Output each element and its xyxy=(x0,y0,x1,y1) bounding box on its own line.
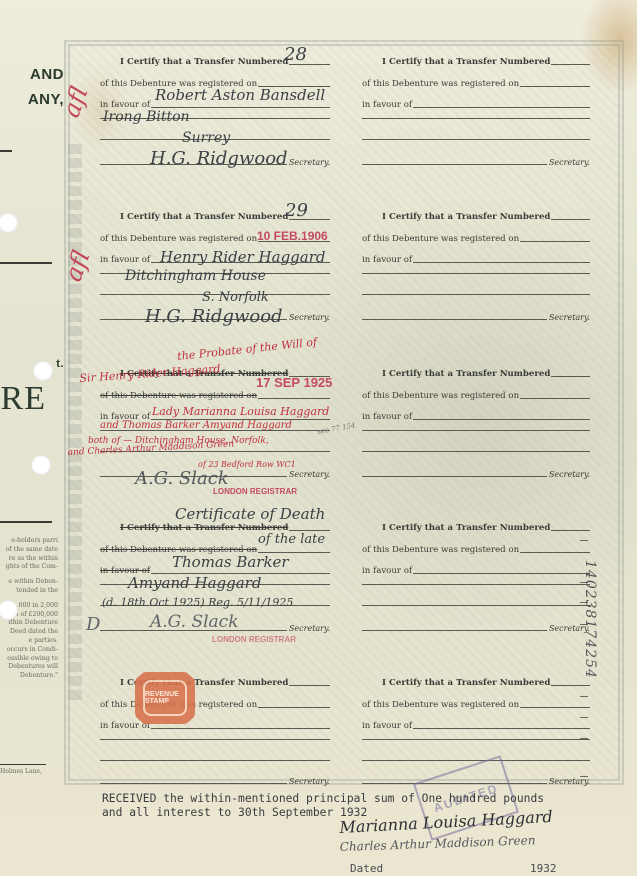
secretary-signature: H.G. Ridgwood xyxy=(150,148,288,169)
death-certificate-annotation: Certificate of Death xyxy=(175,505,325,523)
favour-field[interactable] xyxy=(413,107,590,108)
seal-text: REVENUE STAMP xyxy=(143,680,187,716)
favour-row: in favour of xyxy=(362,98,590,110)
transfer-entry-blank-right-4: I Certify that a Transfer Numbered of th… xyxy=(362,521,607,661)
divider xyxy=(0,521,52,523)
transfer-entry-blank-right-3: I Certify that a Transfer Numbered of th… xyxy=(362,367,607,507)
favour-line-2 xyxy=(362,430,590,431)
certify-row: I Certify that a Transfer Numbered xyxy=(382,55,590,67)
handwritten-favour-line-3: Surrey xyxy=(182,130,230,146)
secretary-label: Secretary. xyxy=(549,470,590,479)
transfer-entry-28: I Certify that a Transfer Numbered of th… xyxy=(100,55,345,195)
company-title-fragment-1: AND xyxy=(30,66,64,83)
favour-line-3 xyxy=(362,605,590,606)
favour-field[interactable] xyxy=(413,573,590,574)
favour-row: in favour of xyxy=(362,410,590,422)
registered-row: of this Debenture was registered on xyxy=(100,389,330,401)
registered-date-stamp: 17 SEP 1925 xyxy=(256,375,332,390)
handwritten-favour-line-2: Ditchingham House xyxy=(125,268,266,284)
favour-line-2 xyxy=(362,739,590,740)
registered-label: of this Debenture was registered on xyxy=(362,700,519,710)
favour-field[interactable] xyxy=(413,262,590,263)
secretary-row: Secretary. xyxy=(362,467,590,479)
registered-label: of this Debenture was registered on xyxy=(362,234,519,244)
margin-initial: D xyxy=(86,614,100,635)
transfer-number-field[interactable] xyxy=(551,219,590,220)
handwritten-favour-line-3: S. Norfolk xyxy=(202,290,269,305)
print-line: e parties. xyxy=(0,637,58,646)
favour-field[interactable] xyxy=(151,728,330,729)
secretary-signature-field[interactable] xyxy=(362,164,547,165)
registered-date-field[interactable] xyxy=(520,241,590,242)
print-line: Deed dated the xyxy=(0,628,58,637)
certify-label: I Certify that a Transfer Numbered xyxy=(120,57,288,67)
certify-label: I Certify that a Transfer Numbered xyxy=(382,523,550,533)
secretary-signature-field[interactable] xyxy=(362,319,547,320)
certify-label: I Certify that a Transfer Numbered xyxy=(382,212,550,222)
print-line: Debenture." xyxy=(0,672,58,681)
print-line: of the same date xyxy=(0,546,58,555)
favour-line-3 xyxy=(100,760,330,761)
favour-line-2 xyxy=(362,118,590,119)
favour-line-2 xyxy=(100,739,330,740)
secretary-label: Secretary. xyxy=(549,158,590,167)
favour-row: in favour of xyxy=(362,253,590,265)
handwritten-favour-line-2: Irong Bitton xyxy=(103,109,190,125)
handwritten-registered: of the late xyxy=(258,532,325,547)
favour-line-3 xyxy=(362,139,590,140)
certify-label: I Certify that a Transfer Numbered xyxy=(382,678,550,688)
print-line: ghts of the Com- xyxy=(0,563,58,572)
registered-label: of this Debenture was registered on xyxy=(100,234,257,244)
transfer-entry-blank-right-1: I Certify that a Transfer Numbered of th… xyxy=(362,55,607,195)
handwritten-favour-line-3: (d. 18th Oct 1925) Reg. 5/11/1925 xyxy=(102,596,293,609)
handwritten-favour-name: Robert Aston Bansdell xyxy=(155,86,325,104)
london-registrar-stamp: LONDON REGISTRAR xyxy=(212,635,296,644)
secretary-row: Secretary. xyxy=(362,621,590,633)
favour-line-2 xyxy=(362,584,590,585)
secretary-signature: H.G. Ridgwood xyxy=(145,306,283,327)
secretary-label: Secretary. xyxy=(289,777,330,786)
secretary-label: Secretary. xyxy=(549,313,590,322)
transfer-number-field[interactable] xyxy=(289,530,330,531)
handwritten-favour-name: Henry Rider Haggard xyxy=(160,248,325,266)
secretary-signature: A.G. Slack xyxy=(150,612,239,632)
certify-row: I Certify that a Transfer Numbered xyxy=(382,521,590,533)
handwritten-transfer-number: 28 xyxy=(284,44,307,65)
favour-label: in favour of xyxy=(362,255,412,265)
secretary-signature-field[interactable] xyxy=(100,783,287,784)
secretary-row: Secretary. xyxy=(362,155,590,167)
certify-label: I Certify that a Transfer Numbered xyxy=(382,369,550,379)
heading-fragment-big: RE xyxy=(1,380,46,418)
divider xyxy=(0,764,46,765)
registered-date-stamp: 10 FEB.1906 xyxy=(257,229,328,243)
print-line: occurs in Condi- xyxy=(0,646,58,655)
print-line: Debentures will xyxy=(0,663,58,672)
handwritten-favour-name: Lady Marianna Louisa Haggard xyxy=(152,405,329,418)
certify-row: I Certify that a Transfer Numbered xyxy=(382,676,590,688)
registered-row: of this Debenture was registered on xyxy=(100,698,330,710)
favour-label: in favour of xyxy=(100,255,150,265)
punch-hole xyxy=(31,455,51,475)
print-line: ossible owing to xyxy=(0,655,58,664)
favour-row: in favour of xyxy=(362,719,590,731)
secretary-signature-field[interactable] xyxy=(362,630,547,631)
secretary-label: Secretary. xyxy=(289,158,330,167)
registered-label: of this Debenture was registered on xyxy=(362,545,519,555)
favour-line-2 xyxy=(362,273,590,274)
vertical-watermark-band xyxy=(68,140,82,700)
certify-row: I Certify that a Transfer Numbered xyxy=(382,210,590,222)
secretary-label: Secretary. xyxy=(289,470,330,479)
favour-field[interactable] xyxy=(413,728,590,729)
favour-label: in favour of xyxy=(362,566,412,576)
address-fragment: Holmes Lane, xyxy=(0,768,42,775)
print-line: e within Deben- xyxy=(0,578,58,587)
favour-row: in favour of xyxy=(100,719,330,731)
secretary-label: Secretary. xyxy=(289,313,330,322)
receipt-line-1: RECEIVED the within-mentioned principal … xyxy=(102,792,602,806)
transfer-number-field[interactable] xyxy=(551,376,590,377)
registered-date-field[interactable] xyxy=(258,707,330,708)
favour-line-3 xyxy=(362,760,590,761)
registered-label: of this Debenture was registered on xyxy=(100,391,257,401)
print-line: tended in the xyxy=(0,587,58,596)
registered-date-field[interactable] xyxy=(520,86,590,87)
heading-fragment-small: t. xyxy=(56,358,64,370)
favour-line-3 xyxy=(362,451,590,452)
print-line: e-holders parri xyxy=(0,537,58,546)
secretary-signature-field[interactable] xyxy=(362,476,547,477)
dated-label: Dated xyxy=(350,862,383,875)
left-margin: AND ANY, t. RE e-holders parri of the sa… xyxy=(0,0,64,876)
secretary-signature: A.G. Slack xyxy=(135,468,229,489)
favour-field[interactable] xyxy=(413,419,590,420)
registered-label: of this Debenture was registered on xyxy=(362,391,519,401)
transfer-number-field[interactable] xyxy=(551,64,590,65)
handwritten-favour-line-2: and Thomas Barker Amyand Haggard xyxy=(100,420,292,431)
registered-date-field[interactable] xyxy=(258,398,330,399)
certify-row: I Certify that a Transfer Numbered xyxy=(382,367,590,379)
favour-label: in favour of xyxy=(362,412,412,422)
registered-date-field[interactable] xyxy=(520,398,590,399)
registered-row: of this Debenture was registered on xyxy=(362,232,590,244)
favour-line-3 xyxy=(362,294,590,295)
dated-year: 1932 xyxy=(530,862,557,875)
secretary-label: Secretary. xyxy=(289,624,330,633)
certify-label: I Certify that a Transfer Numbered xyxy=(382,57,550,67)
handwritten-transfer-number: 29 xyxy=(285,200,308,221)
print-line: ithin Debenture xyxy=(0,619,58,628)
handwritten-favour-name: Thomas Barker xyxy=(172,553,289,571)
secretary-row: Secretary. xyxy=(362,310,590,322)
divider xyxy=(0,150,12,152)
transfer-number-field[interactable] xyxy=(289,685,330,686)
revenue-stamp-seal: REVENUE STAMP xyxy=(135,672,195,724)
favour-field[interactable] xyxy=(151,107,330,108)
certify-label: I Certify that a Transfer Numbered xyxy=(120,212,288,222)
favour-label: in favour of xyxy=(362,100,412,110)
favour-label: in favour of xyxy=(362,721,412,731)
handwritten-favour-line-2: Amyand Haggard xyxy=(128,574,261,592)
print-line: re as the within xyxy=(0,555,58,564)
registered-row: of this Debenture was registered on xyxy=(362,389,590,401)
registered-row: of this Debenture was registered on xyxy=(362,698,590,710)
registered-row: of this Debenture was registered on xyxy=(362,77,590,89)
divider xyxy=(0,262,52,264)
punch-hole xyxy=(33,361,53,381)
registered-label: of this Debenture was registered on xyxy=(362,79,519,89)
london-registrar-stamp: LONDON REGISTRAR xyxy=(213,487,297,496)
favour-row: in favour of xyxy=(362,564,590,576)
transfer-entry-blank-right-2: I Certify that a Transfer Numbered of th… xyxy=(362,210,607,350)
registered-row: of this Debenture was registered on xyxy=(362,543,590,555)
handwritten-side-number: 140238174254 xyxy=(582,560,598,679)
secretary-row: Secretary. xyxy=(100,774,330,786)
